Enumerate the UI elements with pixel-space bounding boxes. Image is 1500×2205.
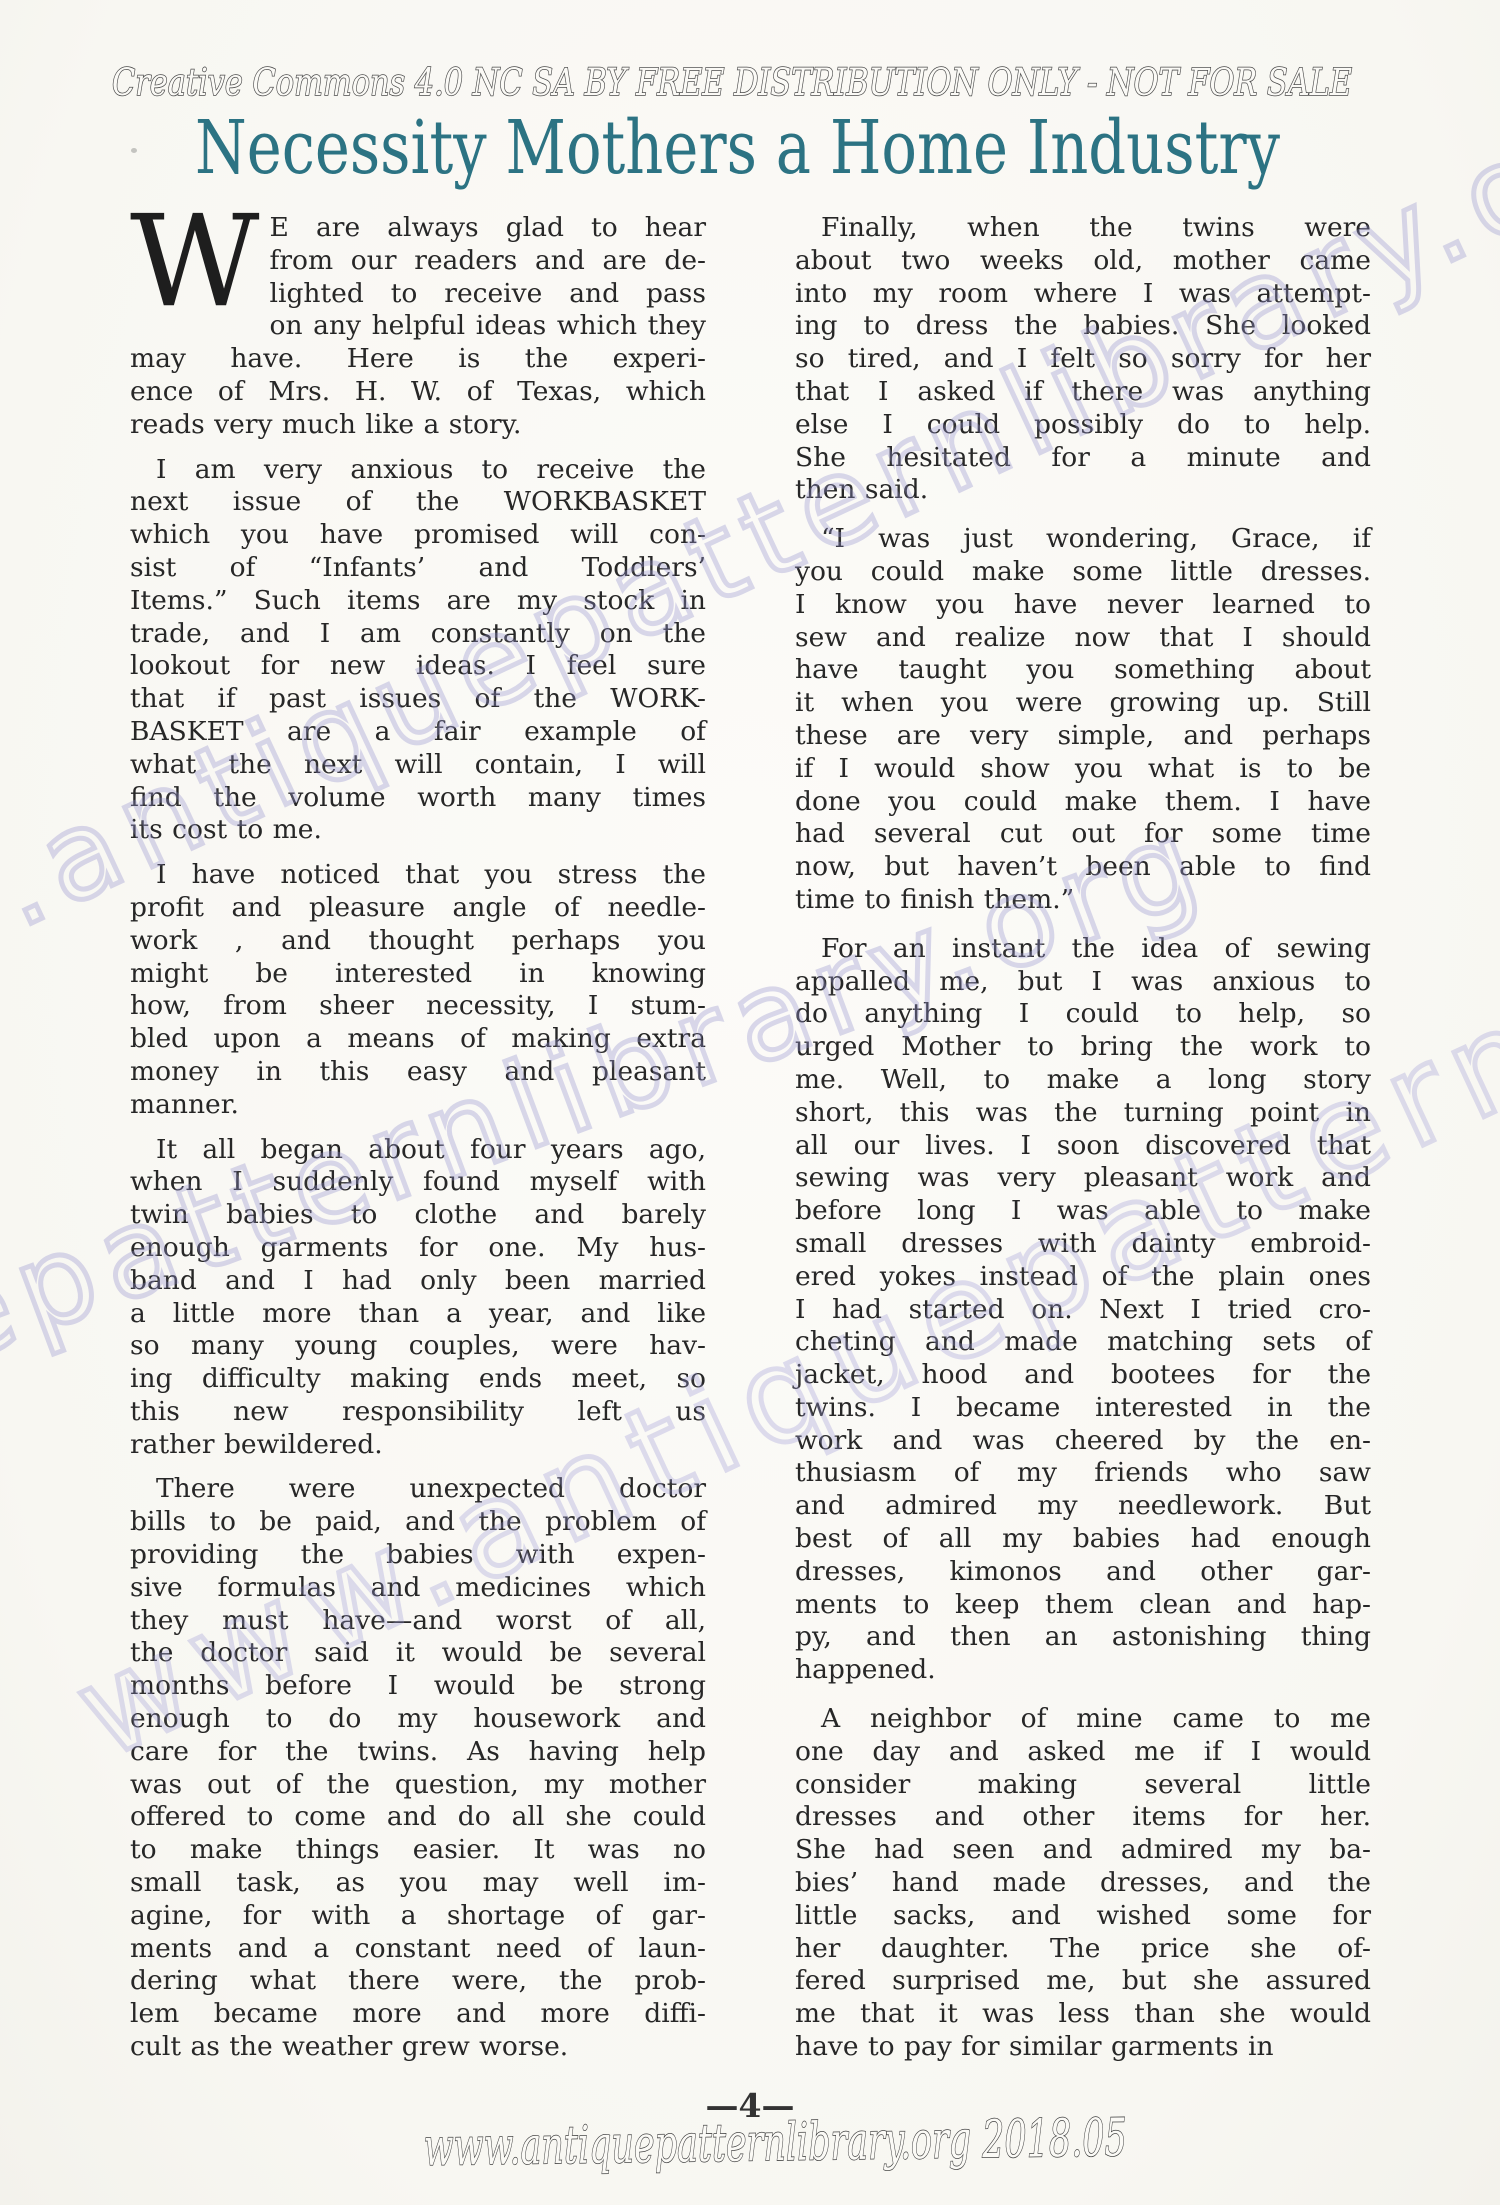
text-line: cheting and made matching sets of (795, 1326, 1371, 1359)
text-line: providing the babies with expen- (130, 1539, 706, 1572)
paragraph: It all began about four years ago,when I… (130, 1134, 706, 1462)
text-line: manner. (130, 1089, 706, 1122)
text-line: ered yokes instead of the plain ones (795, 1261, 1371, 1294)
text-line: and admired my needlework. But (795, 1490, 1371, 1523)
text-line: all our lives. I soon discovered that (795, 1130, 1371, 1163)
text-line: its cost to me. (130, 814, 706, 847)
text-line: ing difficulty making ends meet, so (130, 1363, 706, 1396)
text-line: it when you were growing up. Still (795, 687, 1371, 720)
text-line: about two weeks old, mother came (795, 245, 1371, 278)
text-line: have to pay for similar garments in (795, 2031, 1371, 2064)
text-line: dresses, kimonos and other gar- (795, 1556, 1371, 1589)
text-line: time to finish them.” (795, 884, 1371, 917)
text-line: twins. I became interested in the (795, 1392, 1371, 1425)
text-line: band and I had only been married (130, 1265, 706, 1298)
text-line: ments to keep them clean and hap- (795, 1589, 1371, 1622)
text-line: py, and then an astonishing thing (795, 1621, 1371, 1654)
column-right: Finally, when the twins wereabout two we… (795, 212, 1371, 2080)
text-line: I know you have never learned to (795, 589, 1371, 622)
text-line: done you could make them. I have (795, 786, 1371, 819)
text-line: consider making several little (795, 1769, 1371, 1802)
text-line: It all began about four years ago, (130, 1134, 706, 1167)
text-line: bills to be paid, and the problem of (130, 1506, 706, 1539)
text-line: appalled me, but I was anxious to (795, 966, 1371, 999)
column-left: WE are always glad to hearfrom our reade… (130, 212, 706, 2064)
text-line: how, from sheer necessity, I stum- (130, 990, 706, 1023)
text-line: rather bewildered. (130, 1429, 706, 1462)
text-line: next issue of the WORKBASKET (130, 486, 706, 519)
drop-cap: W (130, 212, 270, 311)
text-line: so many young couples, were hav- (130, 1330, 706, 1363)
text-line: the doctor said it would be several (130, 1637, 706, 1670)
text-line: There were unexpected doctor (130, 1473, 706, 1506)
paragraph: A neighbor of mine came to meone day and… (795, 1703, 1371, 2064)
text-line: Items.” Such items are my stock in (130, 585, 706, 618)
text-line: which you have promised will con- (130, 519, 706, 552)
page-title: Necessity Mothers a Home Industry (195, 105, 1280, 191)
text-line: small task, as you may well im- (130, 1867, 706, 1900)
paragraph: I am very anxious to receive thenext iss… (130, 454, 706, 848)
text-line: else I could possibly do to help. (795, 409, 1371, 442)
text-line: small dresses with dainty embroid- (795, 1228, 1371, 1261)
text-line: before long I was able to make (795, 1195, 1371, 1228)
text-line: that if past issues of the WORK- (130, 683, 706, 716)
paragraph: Finally, when the twins wereabout two we… (795, 212, 1371, 507)
text-line: thusiasm of my friends who saw (795, 1457, 1371, 1490)
text-line: best of all my babies had enough (795, 1523, 1371, 1556)
text-line: what the next will contain, I will (130, 749, 706, 782)
text-line: you could make some little dresses. (795, 556, 1371, 589)
text-line: ence of Mrs. H. W. of Texas, which (130, 376, 706, 409)
text-line: work and was cheered by the en- (795, 1425, 1371, 1458)
text-line: ing to dress the babies. She looked (795, 310, 1371, 343)
text-line: jacket, hood and bootees for the (795, 1359, 1371, 1392)
scanned-document-page: Creative Commons 4.0 NC SA BY FREE DISTR… (0, 0, 1500, 2205)
text-line: me that it was less than she would (795, 1998, 1371, 2031)
text-line: bies’ hand made dresses, and the (795, 1867, 1371, 1900)
text-line: had several cut out for some time (795, 818, 1371, 851)
text-line: BASKET are a fair example of (130, 716, 706, 749)
text-line: me. Well, to make a long story (795, 1064, 1371, 1097)
text-line: money in this easy and pleasant (130, 1056, 706, 1089)
text-line: her daughter. The price she of- (795, 1933, 1371, 1966)
text-line: might be interested in knowing (130, 958, 706, 991)
text-line: bled upon a means of making extra (130, 1023, 706, 1056)
text-line: twin babies to clothe and barely (130, 1199, 706, 1232)
text-line: A neighbor of mine came to me (795, 1703, 1371, 1736)
text-line: I had started on. Next I tried cro- (795, 1294, 1371, 1327)
text-line: She had seen and admired my ba- (795, 1834, 1371, 1867)
text-line: when I suddenly found myself with (130, 1166, 706, 1199)
text-line: was out of the question, my mother (130, 1769, 706, 1802)
scan-speck (131, 148, 137, 153)
text-line: sew and realize now that I should (795, 622, 1371, 655)
text-line: lookout for new ideas. I feel sure (130, 650, 706, 683)
text-line: sist of “Infants’ and Toddlers’ (130, 552, 706, 585)
text-line: agine, for with a shortage of gar- (130, 1900, 706, 1933)
text-line: if I would show you what is to be (795, 753, 1371, 786)
text-line: short, this was the turning point in (795, 1097, 1371, 1130)
text-line: offered to come and do all she could (130, 1801, 706, 1834)
text-line: they must have—and worst of all, (130, 1605, 706, 1638)
paragraph: I have noticed that you stress theprofit… (130, 859, 706, 1121)
paragraph: “I was just wondering, Grace, ifyou coul… (795, 523, 1371, 917)
text-line: She hesitated for a minute and (795, 442, 1371, 475)
text-line: profit and pleasure angle of needle- (130, 892, 706, 925)
text-line: “I was just wondering, Grace, if (795, 523, 1371, 556)
text-line: work , and thought perhaps you (130, 925, 706, 958)
text-line: I have noticed that you stress the (130, 859, 706, 892)
text-line: care for the twins. As having help (130, 1736, 706, 1769)
text-line: months before I would be strong (130, 1670, 706, 1703)
text-line: For an instant the idea of sewing (795, 933, 1371, 966)
paragraph: There were unexpected doctorbills to be … (130, 1473, 706, 2063)
text-line: this new responsibility left us (130, 1396, 706, 1429)
text-line: ments and a constant need of laun- (130, 1933, 706, 1966)
text-line: I am very anxious to receive the (130, 454, 706, 487)
text-line: dresses and other items for her. (795, 1801, 1371, 1834)
text-line: now, but haven’t been able to find (795, 851, 1371, 884)
text-line: that I asked if there was anything (795, 376, 1371, 409)
text-line: enough garments for one. My hus- (130, 1232, 706, 1265)
text-line: one day and asked me if I would (795, 1736, 1371, 1769)
text-line: cult as the weather grew worse. (130, 2031, 706, 2064)
text-line: Finally, when the twins were (795, 212, 1371, 245)
text-line: find the volume worth many times (130, 782, 706, 815)
page-number: —4— (0, 2086, 1500, 2125)
text-line: fered surprised me, but she assured (795, 1965, 1371, 1998)
text-line: have taught you something about (795, 654, 1371, 687)
text-line: then said. (795, 474, 1371, 507)
text-line: sewing was very pleasant work and (795, 1162, 1371, 1195)
text-line: reads very much like a story. (130, 409, 706, 442)
text-line: happened. (795, 1654, 1371, 1687)
header-band: Creative Commons 4.0 NC SA BY FREE DISTR… (0, 0, 1500, 210)
text-line: lem became more and more diffi- (130, 1998, 706, 2031)
text-line: little sacks, and wished some for (795, 1900, 1371, 1933)
text-line: trade, and I am constantly on the (130, 618, 706, 651)
text-line: into my room where I was attempt- (795, 278, 1371, 311)
text-line: so tired, and I felt so sorry for her (795, 343, 1371, 376)
text-line: sive formulas and medicines which (130, 1572, 706, 1605)
text-line: enough to do my housework and (130, 1703, 706, 1736)
text-line: urged Mother to bring the work to (795, 1031, 1371, 1064)
paragraph: For an instant the idea of sewingappalle… (795, 933, 1371, 1687)
license-header: Creative Commons 4.0 NC SA BY FREE DISTR… (112, 61, 1352, 104)
paragraph: WE are always glad to hearfrom our reade… (130, 212, 706, 442)
text-line: a little more than a year, and like (130, 1298, 706, 1331)
text-line: these are very simple, and perhaps (795, 720, 1371, 753)
text-line: dering what there were, the prob- (130, 1965, 706, 1998)
text-line: do anything I could to help, so (795, 998, 1371, 1031)
text-line: may have. Here is the experi- (130, 343, 706, 376)
text-line: to make things easier. It was no (130, 1834, 706, 1867)
